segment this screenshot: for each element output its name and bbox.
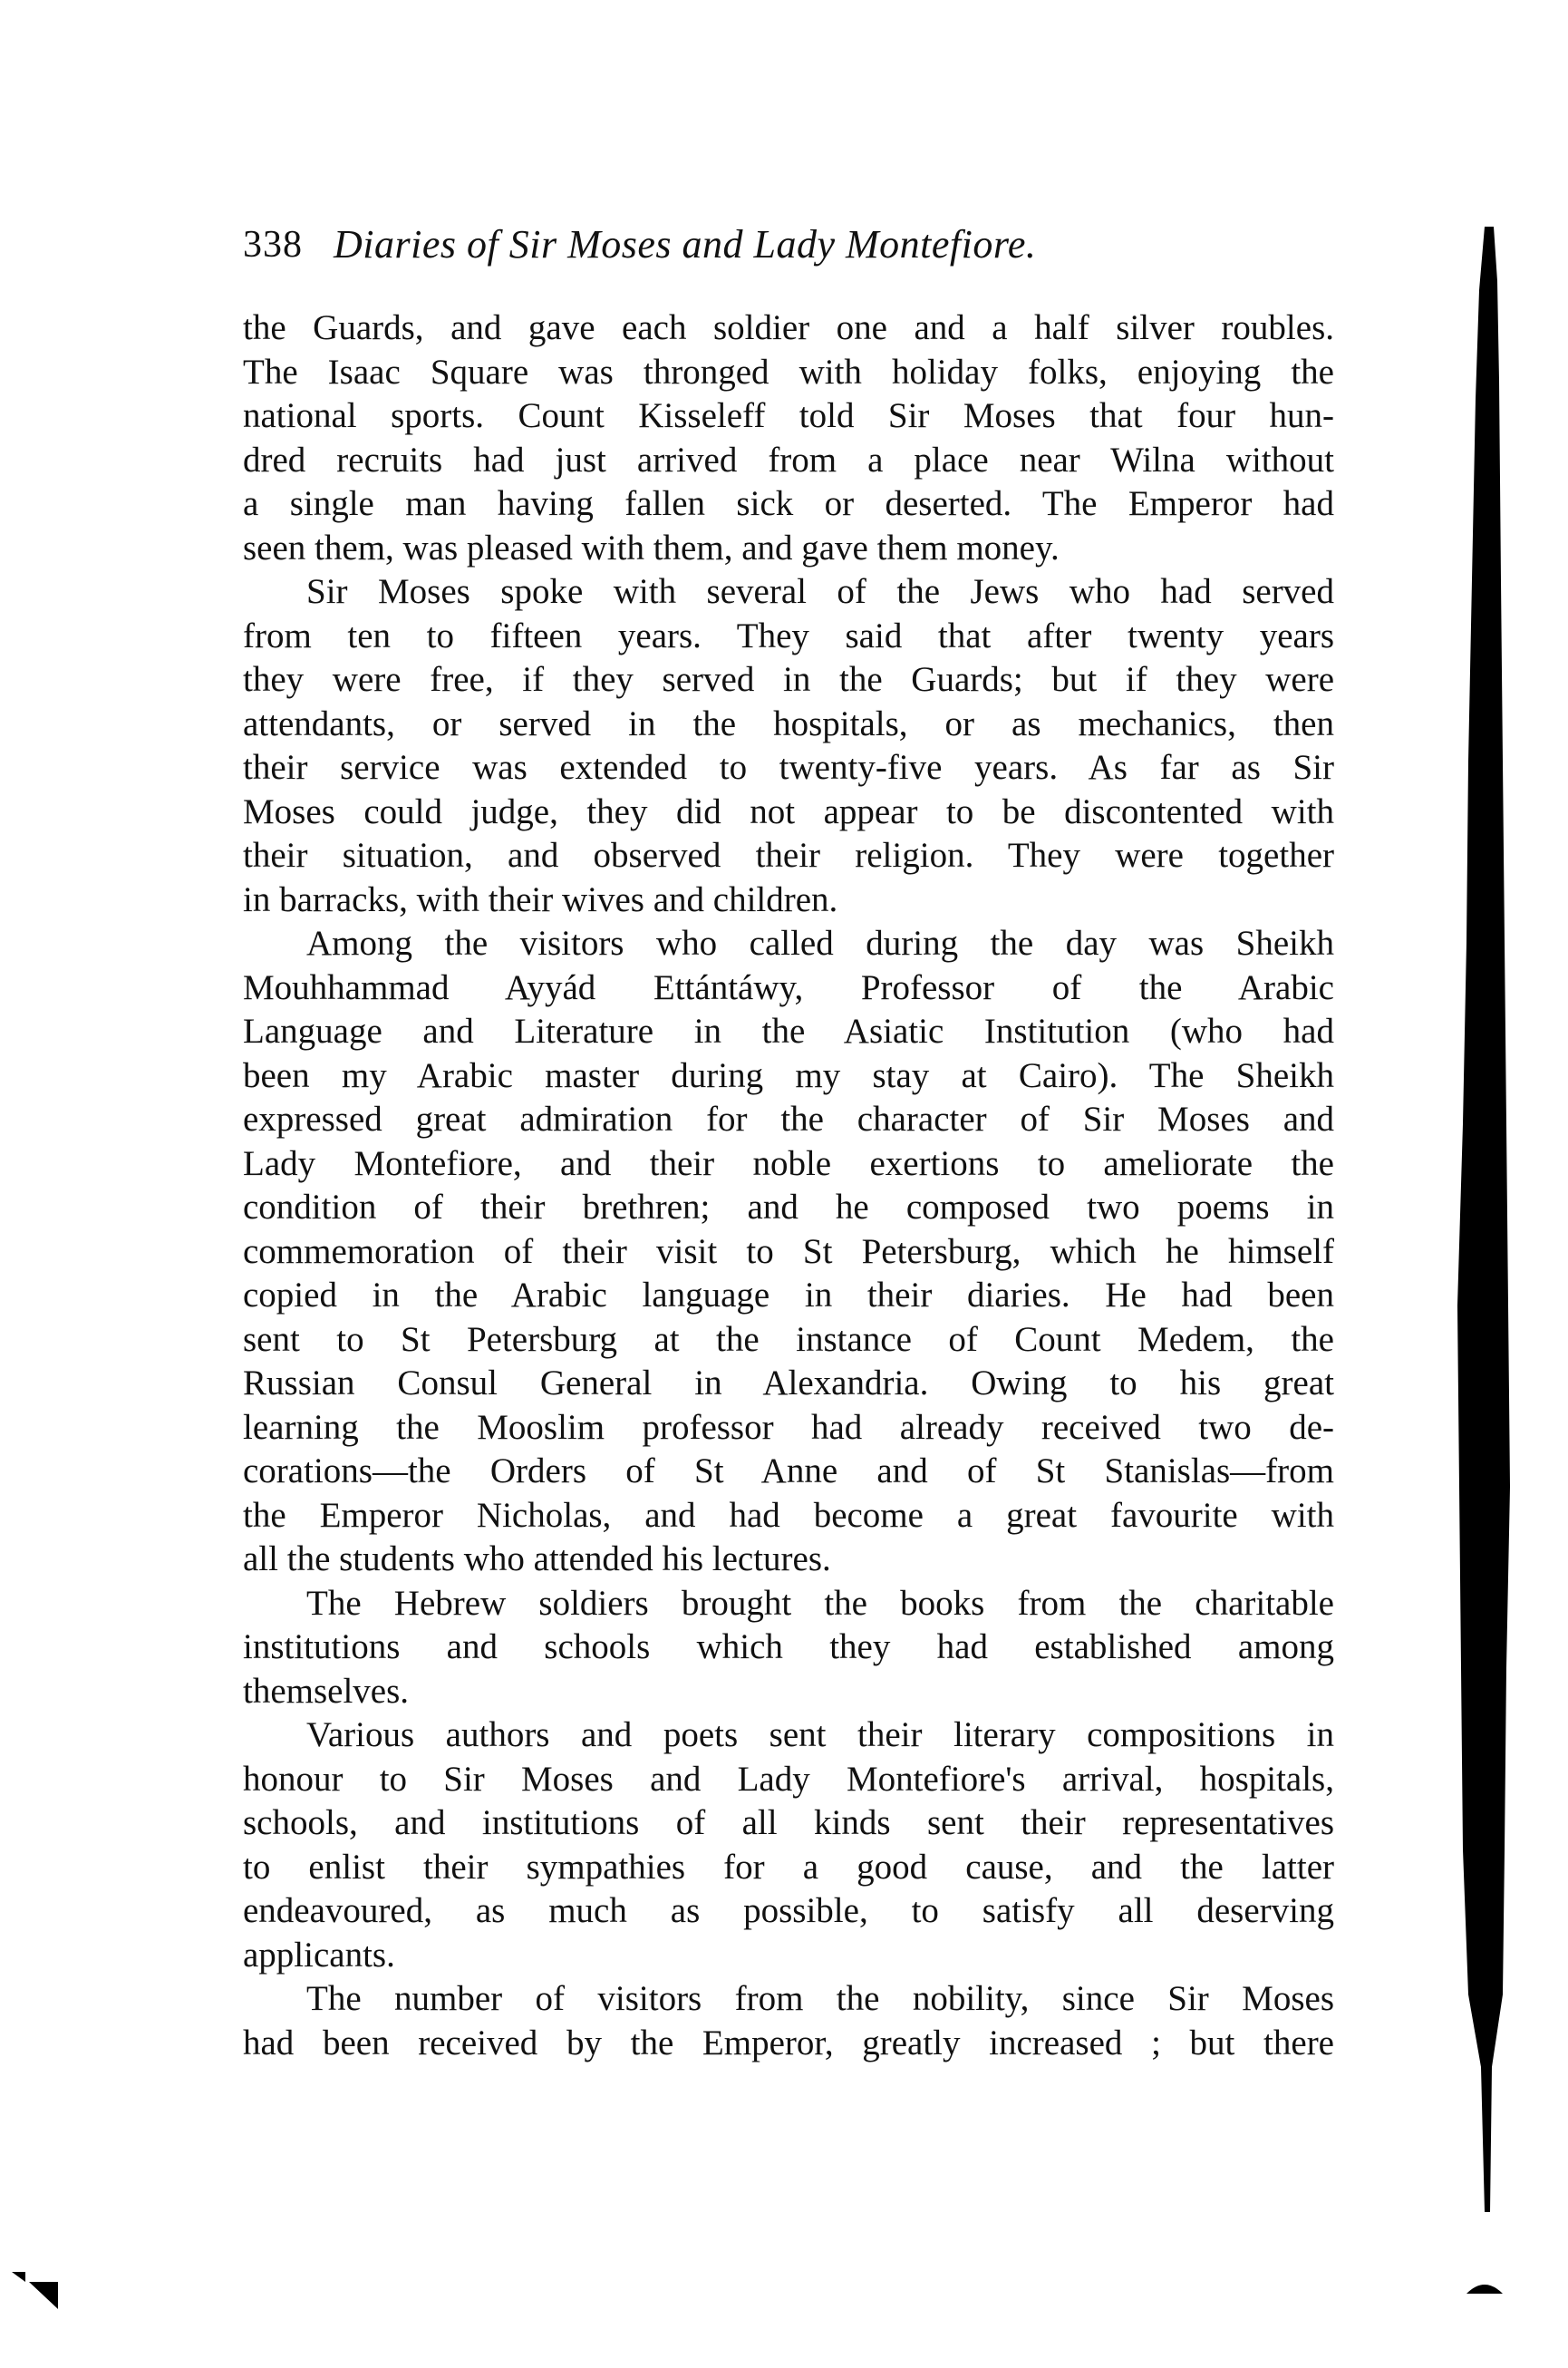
text-line: to enlist their sympathies for a good ca… xyxy=(243,1846,1334,1890)
text-line: Moses could judge, they did not appear t… xyxy=(243,791,1334,835)
scan-corner-mark xyxy=(11,2271,65,2321)
text-line: Various authors and poets sent their lit… xyxy=(243,1713,1334,1758)
text-line: The Isaac Square was thronged with holid… xyxy=(243,351,1334,395)
page-number: 338 xyxy=(243,223,303,267)
text-line: the Emperor Nicholas, and had become a g… xyxy=(243,1494,1334,1538)
text-line: seen them, was pleased with them, and ga… xyxy=(243,527,1334,571)
paragraph: the Guards, and gave each soldier one an… xyxy=(243,306,1334,570)
text-line: in barracks, with their wives and childr… xyxy=(243,878,1334,923)
text-line: schools, and institutions of all kinds s… xyxy=(243,1801,1334,1846)
text-line: institutions and schools which they had … xyxy=(243,1626,1334,1670)
page-header: 338 Diaries of Sir Moses and Lady Montef… xyxy=(243,214,1340,268)
text-line: applicants. xyxy=(243,1934,1334,1978)
text-line: their service was extended to twenty-fiv… xyxy=(243,746,1334,791)
scan-edge-shadow xyxy=(1441,218,1514,2325)
text-line: attendants, or served in the hospitals, … xyxy=(243,703,1334,747)
text-line: all the students who attended his lectur… xyxy=(243,1538,1334,1582)
body-text: the Guards, and gave each soldier one an… xyxy=(243,306,1334,2065)
text-line: corations—the Orders of St Anne and of S… xyxy=(243,1450,1334,1494)
text-line: a single man having fallen sick or deser… xyxy=(243,482,1334,527)
text-line: national sports. Count Kisseleff told Si… xyxy=(243,394,1334,439)
text-line: the Guards, and gave each soldier one an… xyxy=(243,306,1334,351)
paragraph: Among the visitors who called during the… xyxy=(243,922,1334,1582)
text-line: had been received by the Emperor, greatl… xyxy=(243,2022,1334,2066)
text-line: from ten to fifteen years. They said tha… xyxy=(243,615,1334,659)
text-line: The Hebrew soldiers brought the books fr… xyxy=(243,1582,1334,1626)
text-line: Among the visitors who called during the… xyxy=(243,922,1334,966)
text-line: condition of their brethren; and he comp… xyxy=(243,1186,1334,1230)
text-line: expressed great admiration for the chara… xyxy=(243,1098,1334,1142)
text-line: themselves. xyxy=(243,1670,1334,1714)
paragraph: Sir Moses spoke with several of the Jews… xyxy=(243,570,1334,922)
text-line: dred recruits had just arrived from a pl… xyxy=(243,439,1334,483)
corner-mark-icon xyxy=(11,2271,65,2316)
paragraph: The Hebrew soldiers brought the books fr… xyxy=(243,1582,1334,1714)
text-line: their situation, and observed their reli… xyxy=(243,834,1334,878)
text-line: been my Arabic master during my stay at … xyxy=(243,1054,1334,1099)
text-line: commemoration of their visit to St Peter… xyxy=(243,1230,1334,1275)
text-line: learning the Mooslim professor had alrea… xyxy=(243,1406,1334,1451)
scan-edge-shadow-icon xyxy=(1441,218,1514,2321)
paragraph: The number of visitors from the nobility… xyxy=(243,1977,1334,2065)
text-line: honour to Sir Moses and Lady Montefiore'… xyxy=(243,1758,1334,1802)
text-line: Lady Montefiore, and their noble exertio… xyxy=(243,1142,1334,1187)
paragraph: Various authors and poets sent their lit… xyxy=(243,1713,1334,1977)
text-line: The number of visitors from the nobility… xyxy=(243,1977,1334,2022)
text-line: Sir Moses spoke with several of the Jews… xyxy=(243,570,1334,615)
running-head: Diaries of Sir Moses and Lady Montefiore… xyxy=(334,221,1036,267)
text-line: they were free, if they served in the Gu… xyxy=(243,658,1334,703)
text-line: copied in the Arabic language in their d… xyxy=(243,1274,1334,1318)
text-line: Language and Literature in the Asiatic I… xyxy=(243,1010,1334,1054)
text-line: endeavoured, as much as possible, to sat… xyxy=(243,1889,1334,1934)
text-line: Russian Consul General in Alexandria. Ow… xyxy=(243,1362,1334,1406)
text-line: sent to St Petersburg at the instance of… xyxy=(243,1318,1334,1363)
text-line: Mouhhammad Ayyád Ettántáwy, Professor of… xyxy=(243,966,1334,1011)
